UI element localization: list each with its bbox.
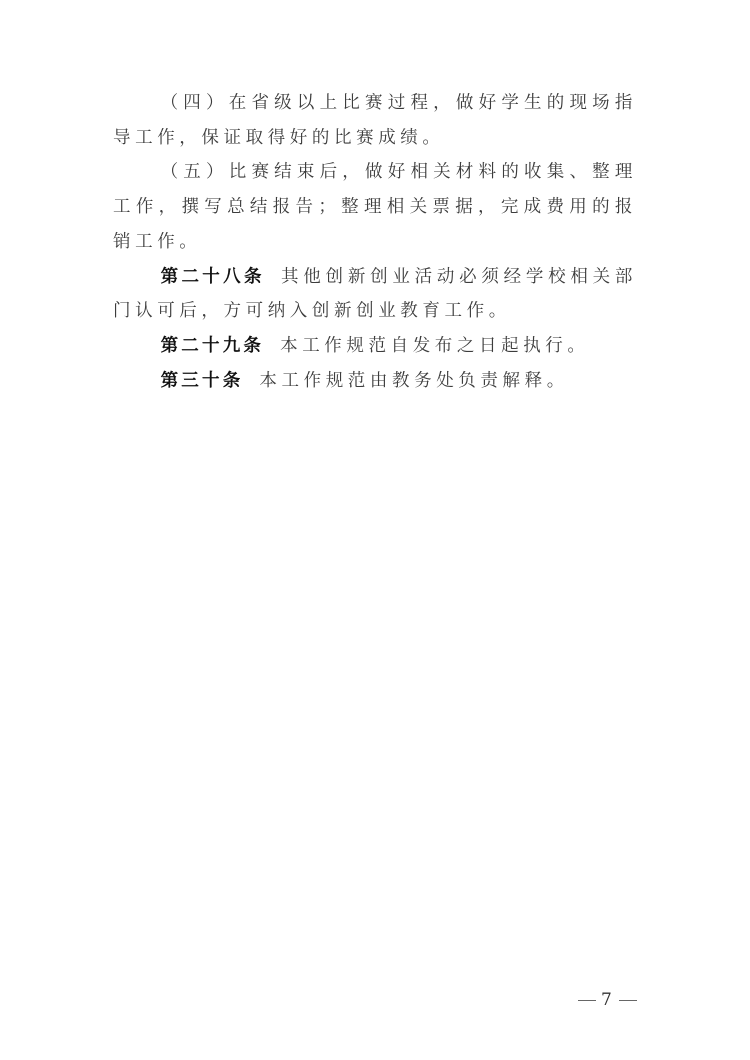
dash-left <box>578 1000 596 1001</box>
page-number-value: 7 <box>601 990 614 1010</box>
article-number: 第二十八条 <box>161 267 265 287</box>
document-body: （四）在省级以上比赛过程，做好学生的现场指导工作，保证取得好的比赛成绩。 （五）… <box>113 86 637 398</box>
paragraph-text: （五）比赛结束后，做好相关材料的收集、整理工作，撰写总结报告；整理相关票据，完成… <box>113 162 637 251</box>
article-number: 第二十九条 <box>161 336 265 356</box>
paragraph-item-5: （五）比赛结束后，做好相关材料的收集、整理工作，撰写总结报告；整理相关票据，完成… <box>113 155 637 259</box>
paragraph-item-4: （四）在省级以上比赛过程，做好学生的现场指导工作，保证取得好的比赛成绩。 <box>113 86 637 155</box>
article-text: 本工作规范由教务处负责解释。 <box>259 371 568 391</box>
article-text: 本工作规范自发布之日起执行。 <box>280 336 589 356</box>
page-number: 7 <box>573 990 642 1010</box>
article-number: 第三十条 <box>161 371 244 391</box>
article-30: 第三十条本工作规范由教务处负责解释。 <box>113 364 637 399</box>
article-29: 第二十九条本工作规范自发布之日起执行。 <box>113 329 637 364</box>
dash-right <box>619 1000 637 1001</box>
article-28: 第二十八条其他创新创业活动必须经学校相关部门认可后，方可纳入创新创业教育工作。 <box>113 260 637 329</box>
document-page: （四）在省级以上比赛过程，做好学生的现场指导工作，保证取得好的比赛成绩。 （五）… <box>0 0 750 1060</box>
paragraph-text: （四）在省级以上比赛过程，做好学生的现场指导工作，保证取得好的比赛成绩。 <box>113 93 637 148</box>
